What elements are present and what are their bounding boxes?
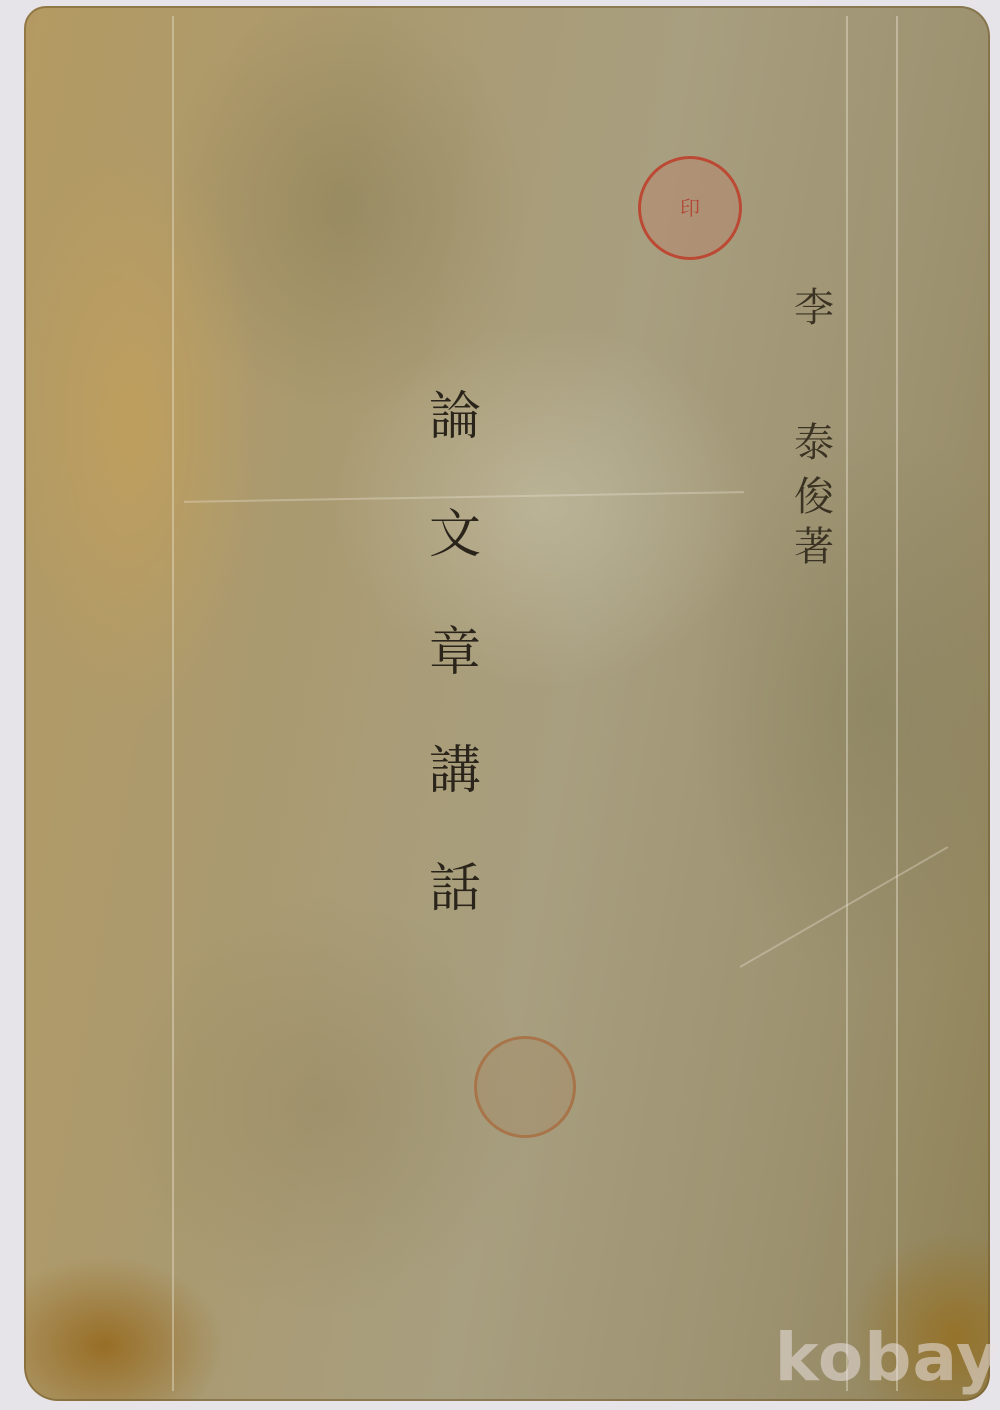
faded-seal-stamp <box>474 1036 576 1138</box>
title-char: 講 <box>429 745 481 797</box>
author-char: 泰 <box>794 423 834 463</box>
watermark: kobay <box>775 1319 1000 1396</box>
title-char: 論 <box>429 391 481 443</box>
book-title: 論 文 章 講 話 <box>429 391 481 915</box>
spine-crease <box>172 16 174 1391</box>
title-char: 文 <box>429 509 481 561</box>
red-seal-stamp: 印 <box>638 156 742 260</box>
author-char: 李 <box>794 288 834 328</box>
title-char: 話 <box>429 863 481 915</box>
book-cover: 印 論 文 章 講 話 李 泰 俊 著 <box>24 6 990 1401</box>
author-char: 俊 <box>794 477 834 517</box>
author-line: 李 泰 俊 著 <box>794 288 834 567</box>
fold-crease <box>846 16 848 1391</box>
author-char: 著 <box>794 527 834 567</box>
fold-crease <box>896 16 898 1391</box>
title-char: 章 <box>429 627 481 679</box>
paper-crease <box>740 846 949 968</box>
